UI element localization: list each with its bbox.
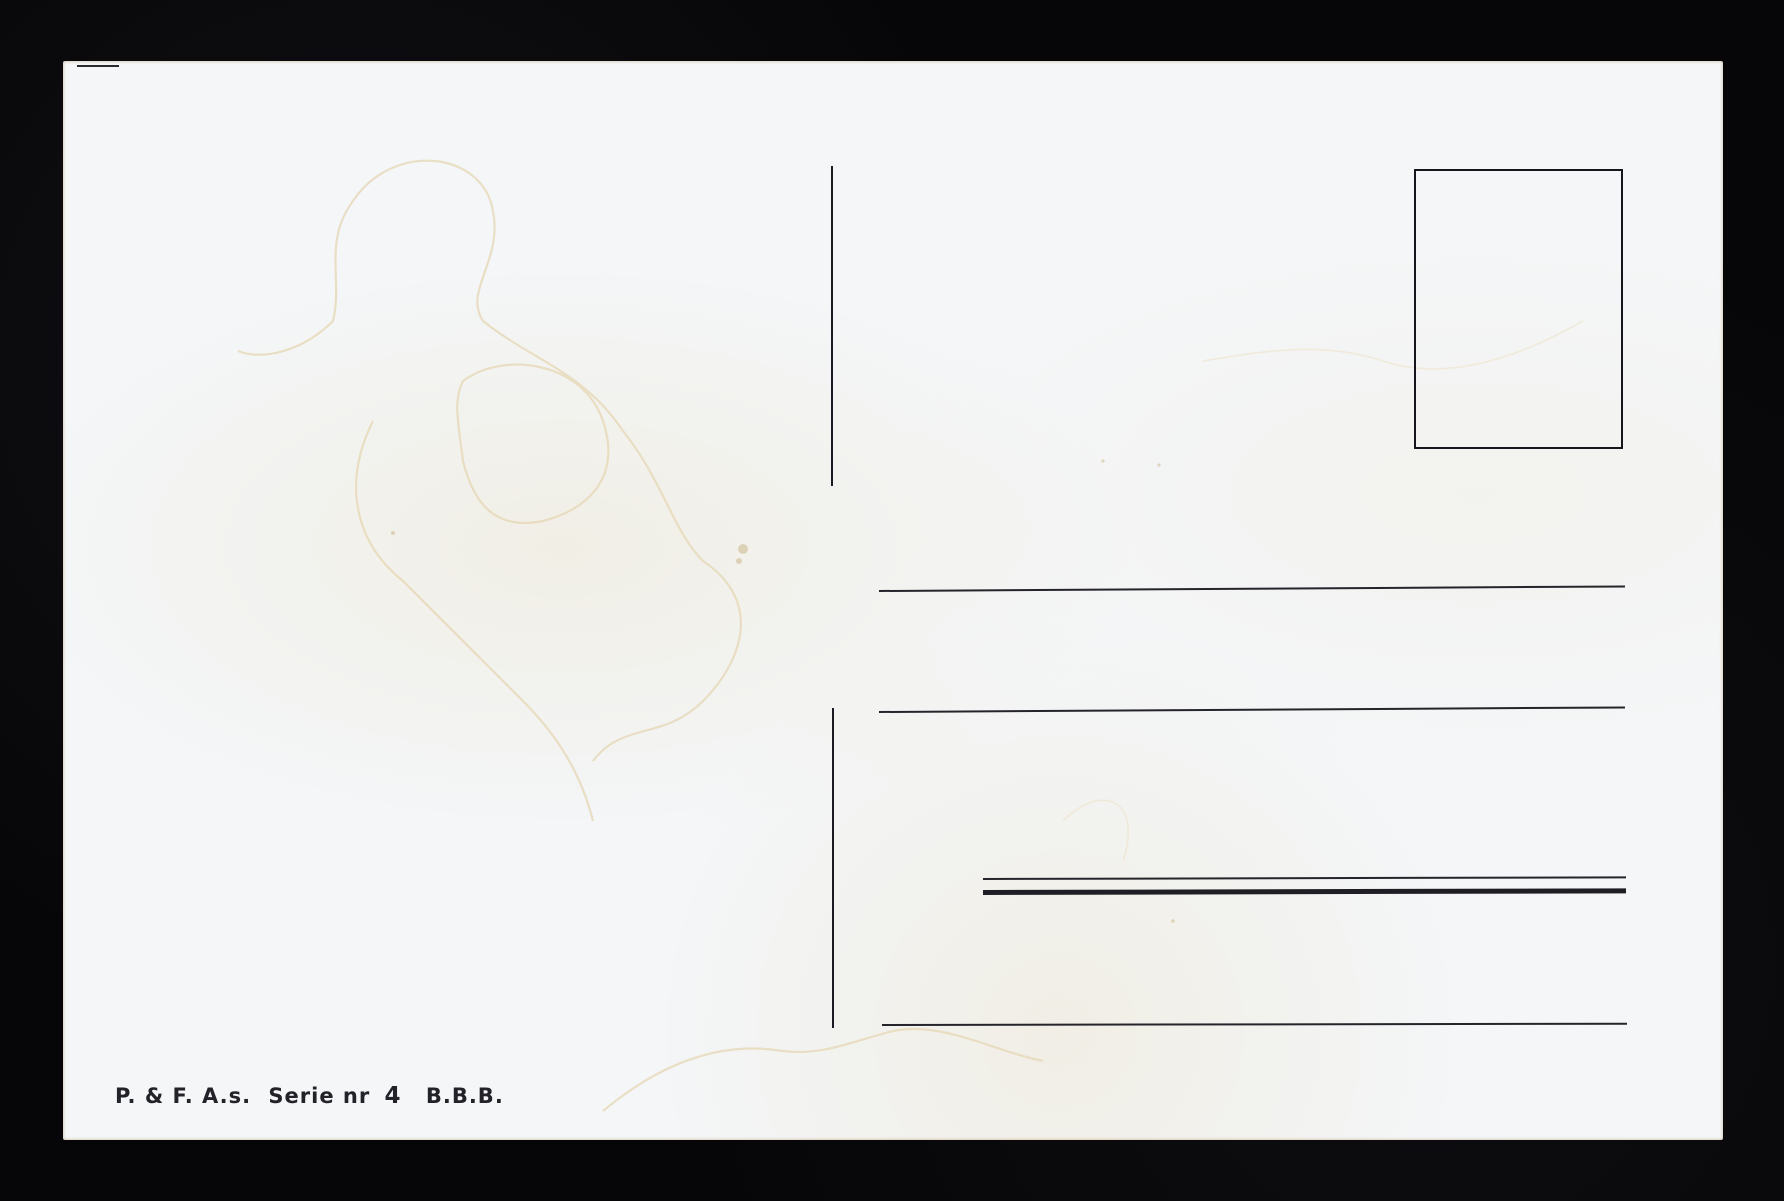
stamp-box — [1414, 169, 1623, 449]
address-line-3-thin — [983, 876, 1626, 880]
printer-mark: B.B.B. — [426, 1084, 504, 1108]
divider-line-lower — [832, 708, 834, 1028]
series-number: 4 — [385, 1083, 402, 1109]
postcard-back: P. & F. A.s. Serie nr 4 B.B.B. — [63, 61, 1723, 1140]
address-line-1 — [879, 585, 1625, 592]
address-line-4 — [882, 1023, 1627, 1026]
publisher-imprint: P. & F. A.s. Serie nr 4 B.B.B. — [115, 1083, 504, 1109]
address-line-2 — [879, 706, 1625, 713]
address-line-3-thick — [983, 888, 1626, 895]
edge-mark — [77, 65, 119, 67]
publisher-name: P. & F. A.s. — [115, 1084, 251, 1108]
series-label: Serie nr — [268, 1084, 370, 1108]
divider-line-upper — [831, 166, 833, 486]
